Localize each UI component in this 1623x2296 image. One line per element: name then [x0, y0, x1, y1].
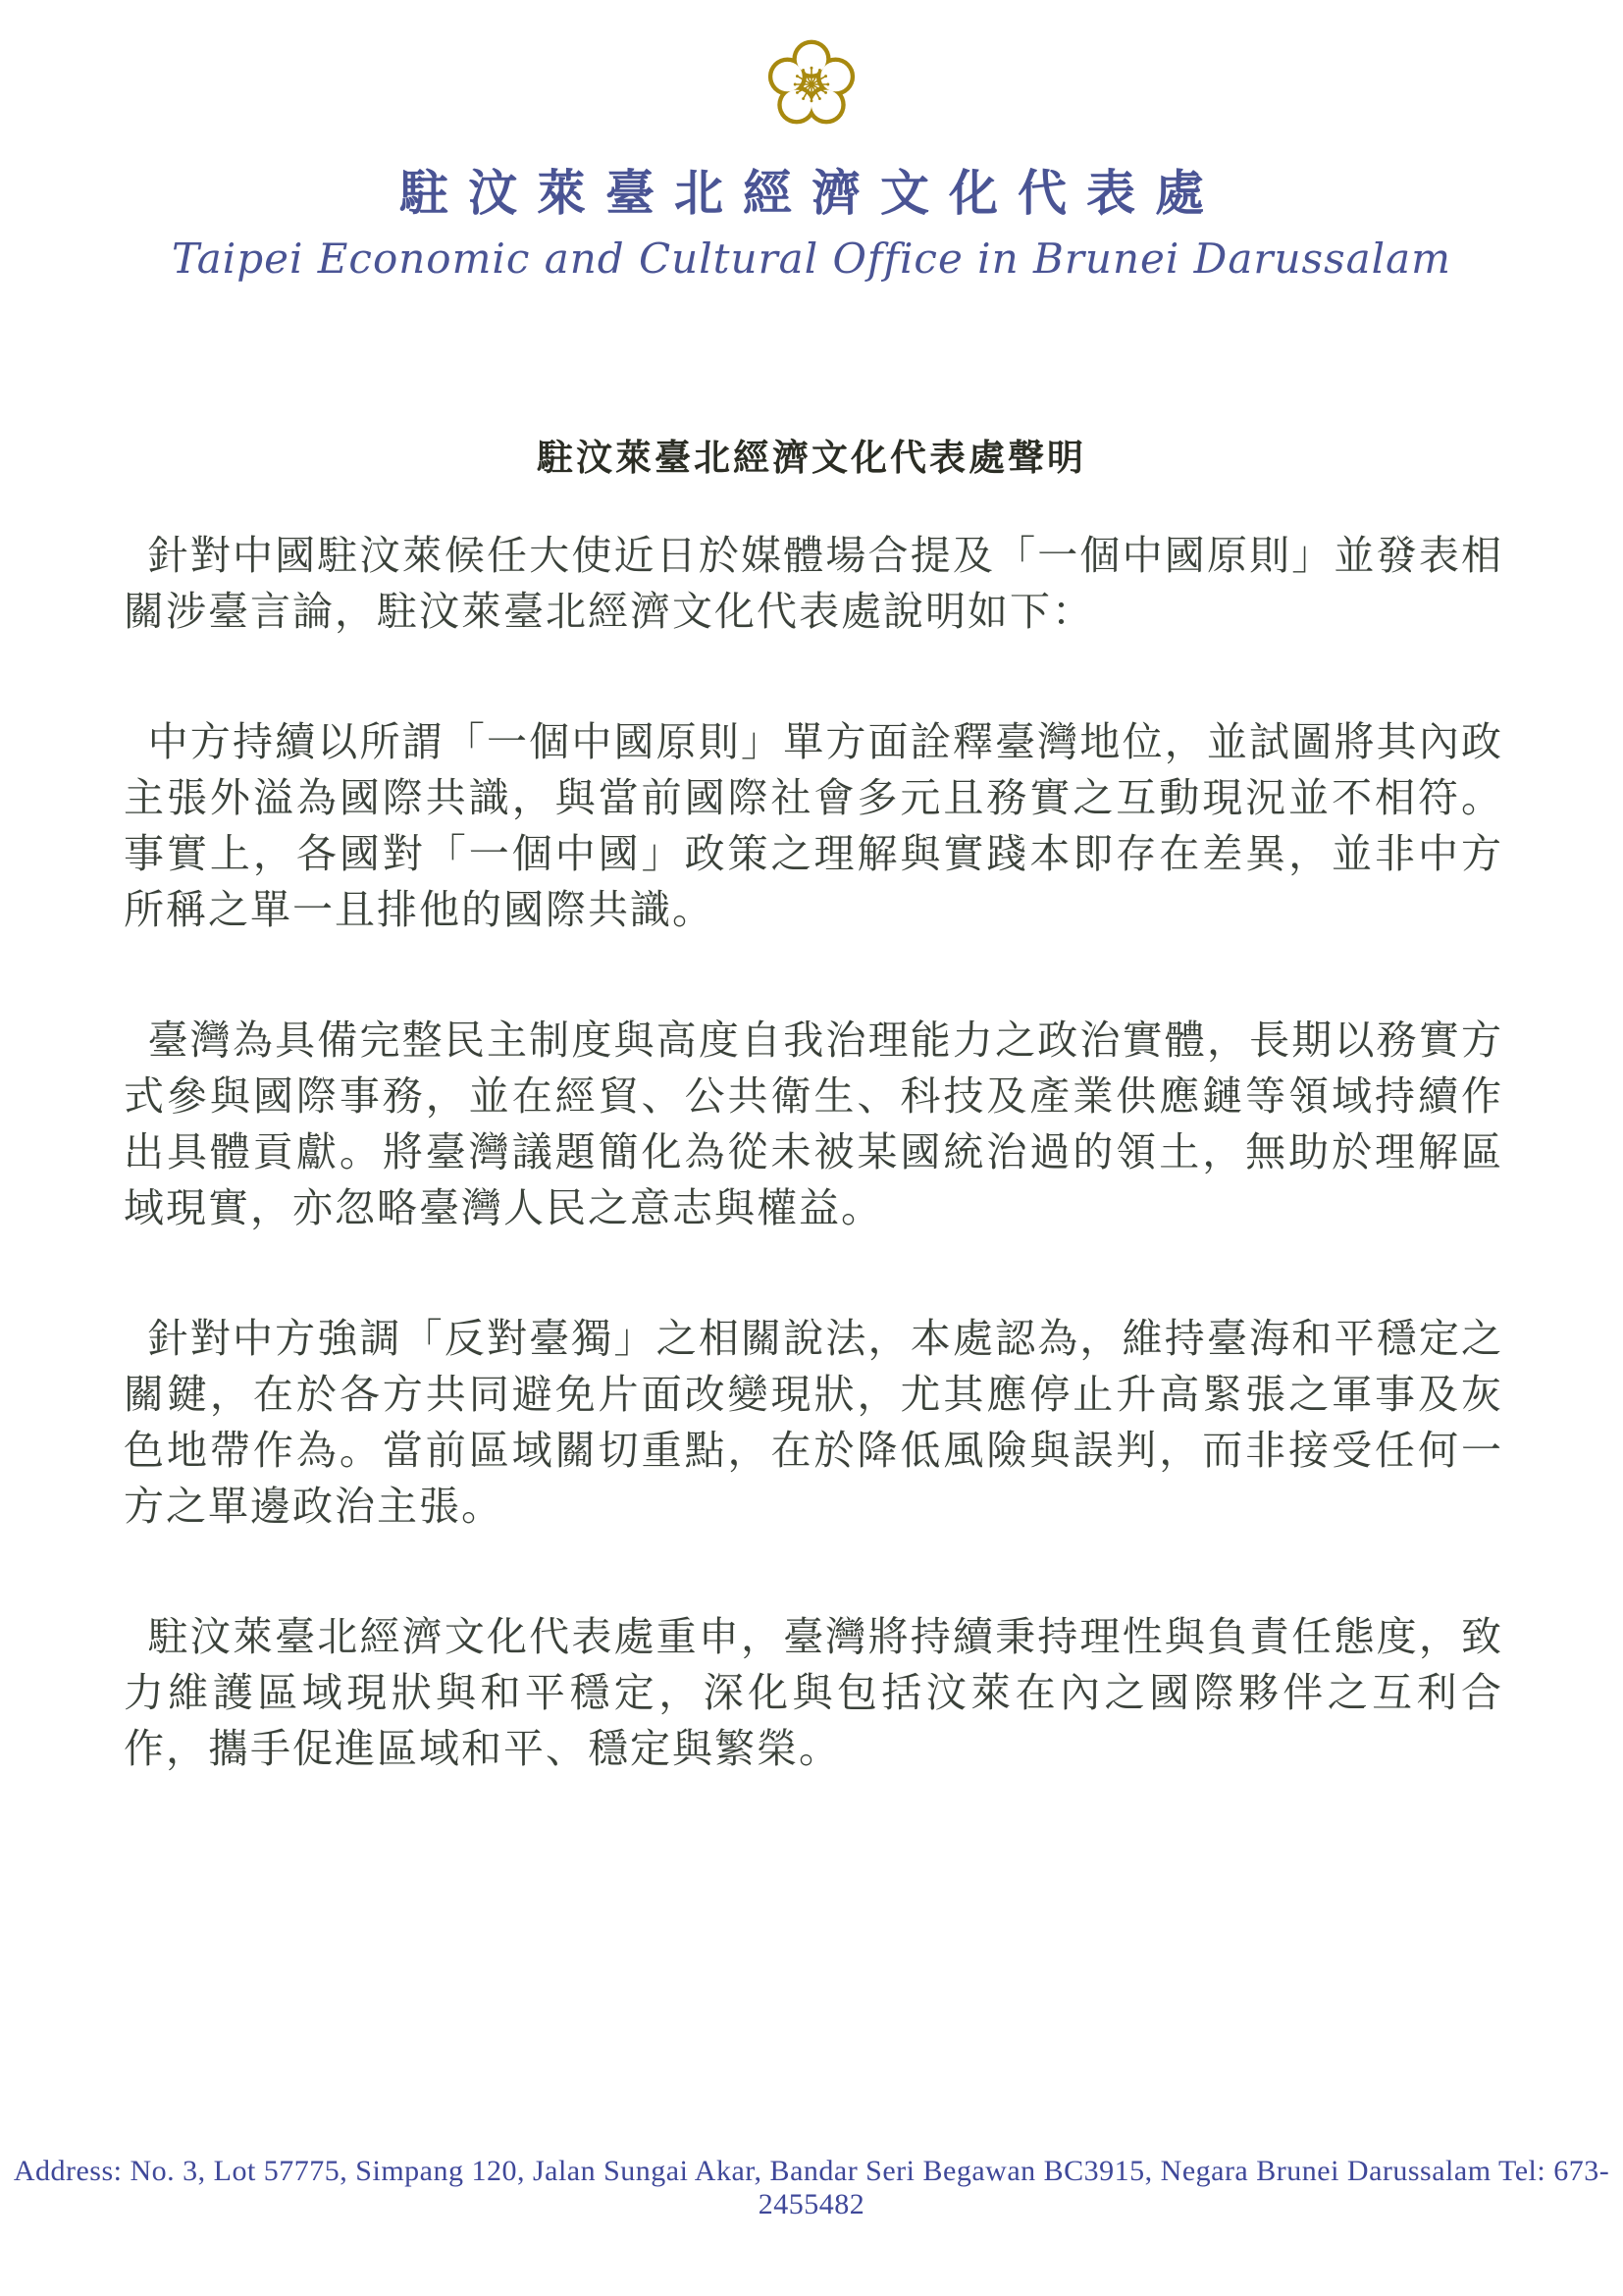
org-name-chinese: 駐汶萊臺北經濟文化代表處 — [0, 154, 1623, 225]
statement-paragraph: 駐汶萊臺北經濟文化代表處重申，臺灣將持續秉持理性與負責任態度，致力維護區域現狀與… — [124, 1609, 1503, 1777]
footer-address: Address: No. 3, Lot 57775, Simpang 120, … — [0, 2155, 1623, 2221]
statement-paragraph: 中方持續以所謂「一個中國原則」單方面詮釋臺灣地位，並試圖將其內政主張外溢為國際共… — [124, 714, 1503, 938]
letterhead: 駐汶萊臺北經濟文化代表處 Taipei Economic and Cultura… — [0, 0, 1623, 283]
statement-paragraph: 針對中方強調「反對臺獨」之相關說法，本處認為，維持臺海和平穩定之關鍵，在於各方共… — [124, 1311, 1503, 1535]
document-page: 駐汶萊臺北經濟文化代表處 Taipei Economic and Cultura… — [0, 0, 1623, 2296]
statement-body: 針對中國駐汶萊候任大使近日於媒體場合提及「一個中國原則」並發表相關涉臺言論，駐汶… — [124, 528, 1503, 1777]
plum-blossom-icon — [756, 29, 867, 139]
statement-paragraph: 臺灣為具備完整民主制度與高度自我治理能力之政治實體，長期以務實方式參與國際事務，… — [124, 1013, 1503, 1236]
statement-paragraph: 針對中國駐汶萊候任大使近日於媒體場合提及「一個中國原則」並發表相關涉臺言論，駐汶… — [124, 528, 1503, 640]
statement-title: 駐汶萊臺北經濟文化代表處聲明 — [0, 428, 1623, 481]
org-name-english: Taipei Economic and Cultural Office in B… — [0, 235, 1623, 283]
